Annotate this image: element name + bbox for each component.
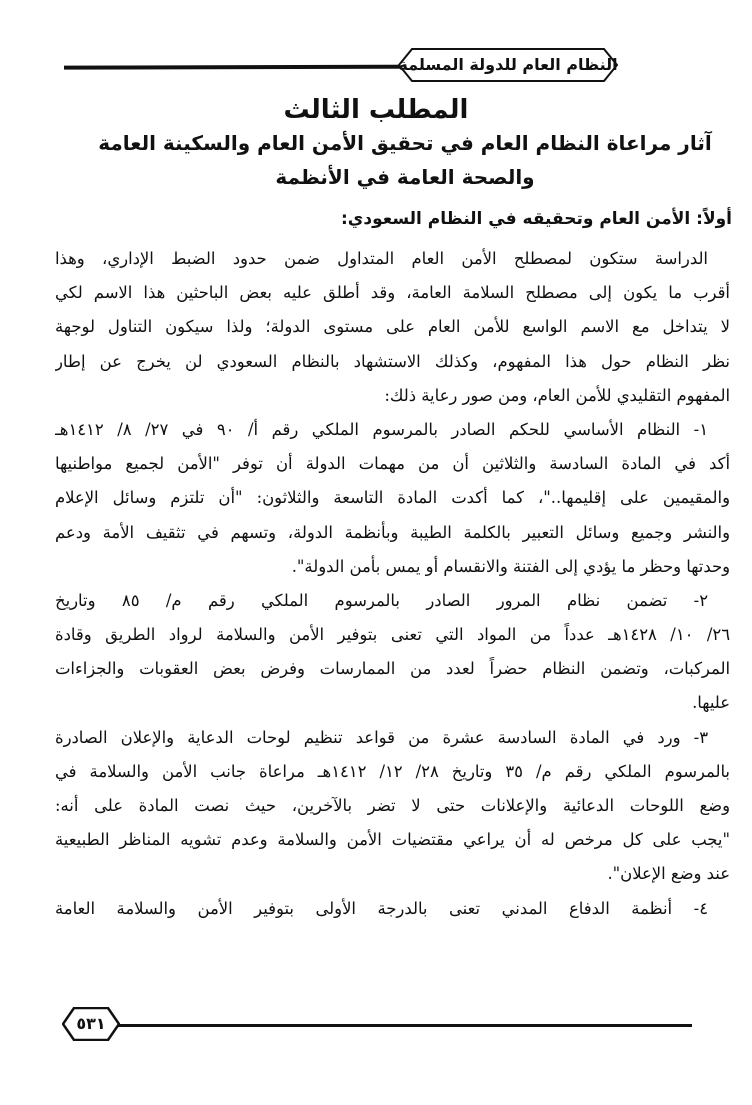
text-line: أقرب ما يكون إلى مصطلح السلامة العامة، و… bbox=[55, 276, 730, 310]
footer-rule bbox=[112, 1024, 692, 1027]
section-title: المطلب الثالث bbox=[0, 92, 752, 128]
body-text: الدراسة ستكون لمصطلح الأمن العام المتداو… bbox=[55, 242, 730, 926]
text-line: الدراسة ستكون لمصطلح الأمن العام المتداو… bbox=[55, 242, 730, 276]
page-footer: ٥٣١ bbox=[62, 1003, 692, 1043]
text-line: وحدتها وحظر ما يؤدي إلى الفتنة والانقسام… bbox=[55, 550, 730, 584]
section-subtitle-line2: والصحة العامة في الأنظمة bbox=[60, 162, 750, 192]
header-title-frame: النظام العام للدولة المسلمة bbox=[398, 48, 618, 82]
text-line: المركبات، وتضمن النظام حضراً لعدد من الم… bbox=[55, 652, 730, 686]
text-line: بالمرسوم الملكي رقم م/ ٣٥ وتاريخ ٢٨/ ١٢/… bbox=[55, 755, 730, 789]
text-line: والمقيمين على إقليمها.."، كما أكدت الماد… bbox=[55, 481, 730, 515]
text-line: عليها. bbox=[55, 686, 730, 720]
list-item-3: ٣- ورد في المادة السادسة عشرة من قواعد ت… bbox=[55, 721, 730, 755]
section-subtitle-line1: آثار مراعاة النظام العام في تحقيق الأمن … bbox=[60, 128, 750, 158]
subsection-heading: أولاً: الأمن العام وتحقيقه في النظام الس… bbox=[32, 204, 732, 234]
text-line: عند وضع الإعلان". bbox=[55, 857, 730, 891]
text-line: لا يتداخل مع الاسم الواسع للأمن العام عل… bbox=[55, 310, 730, 344]
text-line: أكد في المادة السادسة والثلاثين أن من مه… bbox=[55, 447, 730, 481]
text-line: نظر النظام حول هذا المفهوم، وكذلك الاستش… bbox=[55, 345, 730, 379]
running-title: النظام العام للدولة المسلمة bbox=[398, 48, 618, 82]
book-page: النظام العام للدولة المسلمة المطلب الثال… bbox=[0, 0, 752, 1105]
list-item-4: ٤- أنظمة الدفاع المدني تعنى بالدرجة الأو… bbox=[55, 892, 730, 926]
list-item-2: ٢- تضمن نظام المرور الصادر بالمرسوم المل… bbox=[55, 584, 730, 618]
text-line: "يجب على كل مرخص له أن يراعي مقتضيات الأ… bbox=[55, 823, 730, 857]
list-item-1: ١- النظام الأساسي للحكم الصادر بالمرسوم … bbox=[55, 413, 730, 447]
text-line: وضع اللوحات الدعائية والإعلانات حتى لا ت… bbox=[55, 789, 730, 823]
text-line: المفهوم التقليدي للأمن العام، ومن صور رع… bbox=[55, 379, 730, 413]
page-number-badge: ٥٣١ bbox=[62, 1007, 120, 1041]
page-number: ٥٣١ bbox=[62, 1007, 120, 1041]
running-header: النظام العام للدولة المسلمة bbox=[64, 40, 726, 80]
text-line: والنشر وجميع وسائل التعبير بالكلمة الطيب… bbox=[55, 516, 730, 550]
text-line: ٢٦/ ١٠/ ١٤٢٨هـ عدداً من المواد التي تعنى… bbox=[55, 618, 730, 652]
